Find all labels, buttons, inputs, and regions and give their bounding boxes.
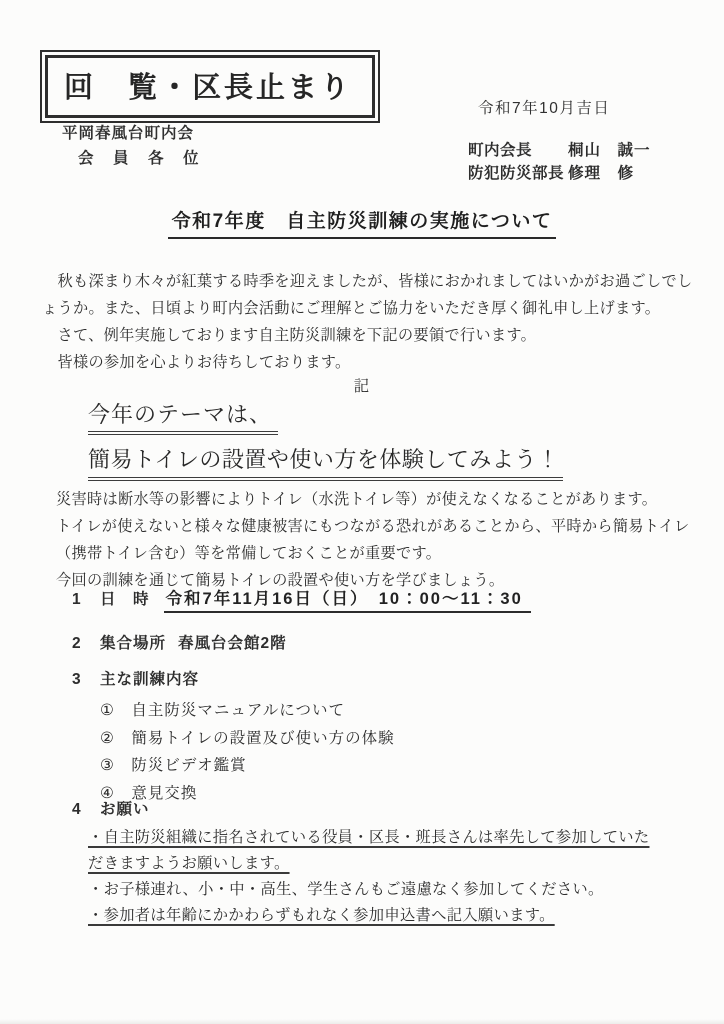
signatory-row: 町内会長 桐山 誠一: [468, 139, 651, 162]
signatory-block: 町内会長 桐山 誠一 防犯防災部長 修理 修: [468, 139, 651, 185]
request-list: ・自主防災組織に指名されている役員・区長・班長さんは率先して参加していただきます…: [88, 825, 654, 929]
title-row: 令和7年度 自主防災訓練の実施について: [0, 206, 724, 239]
training-contents-list: ① 自主防災マニュアルについて ② 簡易トイレの設置及び使い方の体験 ③ 防災ビ…: [100, 697, 395, 807]
signatory-title: 町内会長: [468, 139, 568, 162]
document-title: 令和7年度 自主防災訓練の実施について: [168, 206, 557, 239]
issue-date: 令和7年10月吉日: [478, 96, 610, 118]
item-number: 1: [72, 591, 100, 609]
theme-headline: 簡易トイレの設置や使い方を体験してみよう！: [88, 443, 563, 481]
item-number: 4: [72, 801, 100, 819]
explanation-paragraph: 災害時は断水等の影響によりトイレ（水洗トイレ等）が使えなくなることがあります。: [56, 486, 696, 513]
greeting-paragraph: さて、例年実施しております自主防災訓練を下記の要領で行います。: [42, 322, 694, 349]
item-training-contents: 3 主な訓練内容 ① 自主防災マニュアルについて ② 簡易トイレの設置及び使い方…: [72, 667, 395, 807]
request-item: ・参加者は年齢にかかわらずもれなく参加申込書へ記入願います。: [88, 903, 654, 929]
item-requests: 4 お願い ・自主防災組織に指名されている役員・区長・班長さんは率先して参加して…: [72, 797, 654, 929]
item-label: お願い: [100, 797, 150, 819]
greeting-section: 秋も深まり木々が紅葉する時季を迎えましたが、皆様におかれましてはいかがお過ごしで…: [42, 268, 694, 376]
circulation-stamp-label: 回 覧・区長止まり: [45, 55, 375, 118]
signatory-name: 修理 修: [568, 162, 634, 185]
request-item: ・お子様連れ、小・中・高生、学生さんもご遠慮なく参加してください。: [88, 877, 654, 903]
signatory-title: 防犯防災部長: [468, 162, 568, 185]
record-marker: 記: [0, 374, 724, 396]
request-item: ・自主防災組織に指名されている役員・区長・班長さんは率先して参加していただきます…: [88, 825, 654, 877]
explanation-section: 災害時は断水等の影響によりトイレ（水洗トイレ等）が使えなくなることがあります。 …: [56, 486, 696, 594]
addressee: 会 員 各 位: [78, 146, 201, 168]
training-content-item: ② 簡易トイレの設置及び使い方の体験: [100, 725, 395, 753]
item-number: 2: [72, 635, 100, 653]
item-meeting-place: 2 集合場所 春風台会館2階: [72, 631, 287, 653]
theme-lead: 今年のテーマは、: [88, 398, 278, 435]
explanation-paragraph: トイレが使えないと様々な健康被害にもつながる恐れがあることから、平時から簡易トイ…: [56, 513, 696, 567]
item-number: 3: [72, 671, 100, 689]
training-content-item: ③ 防災ビデオ鑑賞: [100, 752, 395, 780]
item-label: 日 時: [100, 587, 150, 609]
association-name: 平岡春風台町内会: [62, 121, 194, 143]
item-datetime: 1 日 時 令和7年11月16日（日） 10：00～11：30: [72, 585, 531, 613]
document-page: 回 覧・区長止まり 令和7年10月吉日 平岡春風台町内会 会 員 各 位 町内会…: [0, 0, 724, 1024]
greeting-paragraph: 皆様の参加を心よりお待ちしております。: [42, 349, 694, 376]
signatory-name: 桐山 誠一: [568, 139, 651, 162]
item-label: 主な訓練内容: [100, 667, 199, 689]
item-label: 集合場所: [100, 631, 166, 653]
greeting-paragraph: 秋も深まり木々が紅葉する時季を迎えましたが、皆様におかれましてはいかがお過ごしで…: [42, 268, 694, 322]
meeting-place-value: 春風台会館2階: [178, 631, 287, 653]
datetime-value: 令和7年11月16日（日） 10：00～11：30: [164, 585, 531, 613]
circulation-stamp-box: 回 覧・区長止まり: [40, 50, 380, 123]
signatory-row: 防犯防災部長 修理 修: [468, 162, 651, 185]
training-content-item: ① 自主防災マニュアルについて: [100, 697, 395, 725]
